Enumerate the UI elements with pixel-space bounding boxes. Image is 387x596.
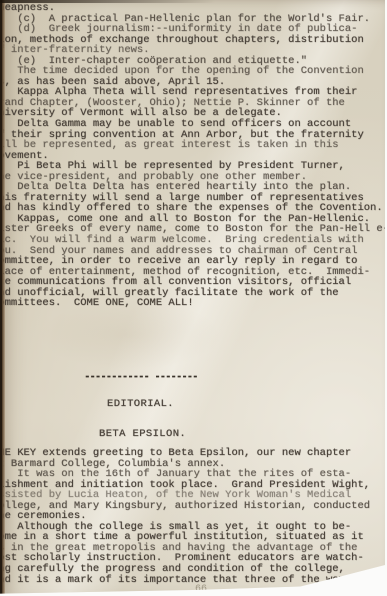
text-line: nic. You will find a warm welcome. Bring… — [0, 235, 385, 246]
text-line: THE KEY extends greeting to Beta Epsilon… — [0, 448, 385, 459]
beta-epsilon-heading: BETA EPSILON. — [99, 428, 186, 440]
text-line: ing carefully the progress and condition… — [0, 564, 385, 575]
page-number: 66 — [195, 584, 207, 595]
text-line: Delta Delta Delta has entered heartily i… — [0, 182, 385, 193]
text-line: Grand Chapter, (Wooster, Ohio); Nettie P… — [0, 98, 385, 109]
convention-paragraphs: cheapness. (c) A practical Pan-Hellenic … — [0, 3, 385, 309]
page-edge-shadow-left — [0, 0, 5, 594]
text-line: Delta Gamma may be unable to send office… — [0, 119, 385, 130]
page-edge-shadow-top — [0, 0, 215, 3]
text-line: College, and Mary Kingsbury, authorized … — [0, 501, 385, 512]
text-line: place of entertainment, method of recogn… — [0, 267, 385, 278]
document-scan: cheapness. (c) A practical Pan-Hellenic … — [0, 0, 387, 596]
text-line: you. Send your names and addresses to ch… — [0, 246, 385, 257]
editorial-heading: EDITORIAL. — [107, 398, 174, 410]
paper-stain — [40, 300, 220, 370]
text-line: (d) Greek journalism:--uniformity in dat… — [0, 24, 385, 35]
text-line: It was on the 16th of January that the r… — [0, 469, 385, 480]
text-line: will be represented, as great interest i… — [0, 140, 385, 151]
text-line: committees. COME ONE, COME ALL! — [0, 298, 385, 309]
text-line: The time decided upon for the opening of… — [0, 66, 385, 77]
text-line: cheapness. — [0, 3, 385, 14]
scanned-page: cheapness. (c) A practical Pan-Hellenic … — [0, 0, 385, 596]
text-line: and it is a mark of its importance that … — [0, 575, 385, 586]
typed-divider-rule: ------------ -------- — [84, 371, 197, 383]
text-line: is in the great metropolis and having th… — [0, 543, 385, 554]
editorial-paragraphs: THE KEY extends greeting to Beta Epsilon… — [0, 448, 385, 585]
